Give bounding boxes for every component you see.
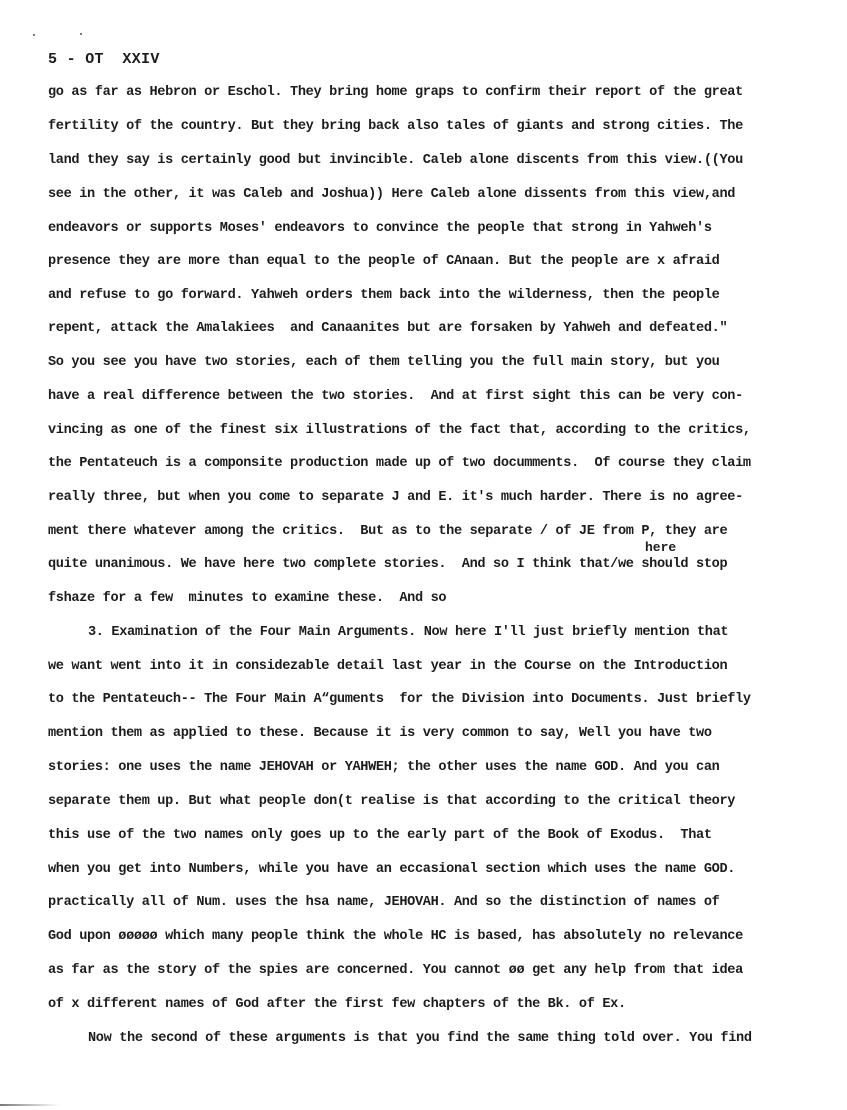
text-line: fshaze for a few minutes to examine thes… [48, 591, 446, 607]
text-line: this use of the two names only goes up t… [48, 828, 712, 844]
text-line: stories: one uses the name JEHOVAH or YA… [48, 760, 719, 776]
page-header: 5 - OT XXIV [48, 52, 160, 68]
text-line: go as far as Hebron or Eschol. They brin… [48, 85, 743, 101]
scan-edge-mark [0, 1104, 60, 1106]
text-line: practically all of Num. uses the hsa nam… [48, 895, 719, 911]
text-line: ment there whatever among the critics. B… [48, 524, 727, 540]
interlinear-insertion: here [645, 541, 676, 555]
typewritten-page: 5 - OT XXIV go as far as Hebron or Escho… [0, 0, 847, 1110]
text-line: endeavors or supports Moses' endeavors t… [48, 221, 712, 237]
paper-speck [80, 33, 82, 35]
text-line: when you get into Numbers, while you hav… [48, 862, 735, 878]
text-line: see in the other, it was Caleb and Joshu… [48, 187, 735, 203]
text-line: quite unanimous. We have here two comple… [48, 557, 727, 573]
text-line: Now the second of these arguments is tha… [88, 1031, 752, 1047]
text-line: fertility of the country. But they bring… [48, 119, 743, 135]
paper-speck [33, 34, 35, 36]
text-line: have a real difference between the two s… [48, 389, 743, 405]
text-line: So you see you have two stories, each of… [48, 355, 719, 371]
text-line: repent, attack the Amalakiees and Canaan… [48, 321, 727, 337]
text-line: the Pentateuch is a componsite productio… [48, 456, 751, 472]
text-line: of x different names of God after the fi… [48, 997, 626, 1013]
text-line: land they say is certainly good but invi… [48, 153, 743, 169]
text-line: and refuse to go forward. Yahweh orders … [48, 288, 719, 304]
text-line: as far as the story of the spies are con… [48, 963, 743, 979]
text-line: mention them as applied to these. Becaus… [48, 726, 712, 742]
text-line: really three, but when you come to separ… [48, 490, 743, 506]
text-line: presence they are more than equal to the… [48, 254, 719, 270]
text-line: to the Pentateuch-- The Four Main A“gume… [48, 692, 751, 708]
text-line: separate them up. But what people don(t … [48, 794, 735, 810]
section-heading-line: 3. Examination of the Four Main Argument… [88, 625, 728, 641]
text-line: God upon øøøøø which many people think t… [48, 929, 743, 945]
text-line: we want went into it in considezable det… [48, 659, 727, 675]
text-line: vincing as one of the finest six illustr… [48, 423, 751, 439]
